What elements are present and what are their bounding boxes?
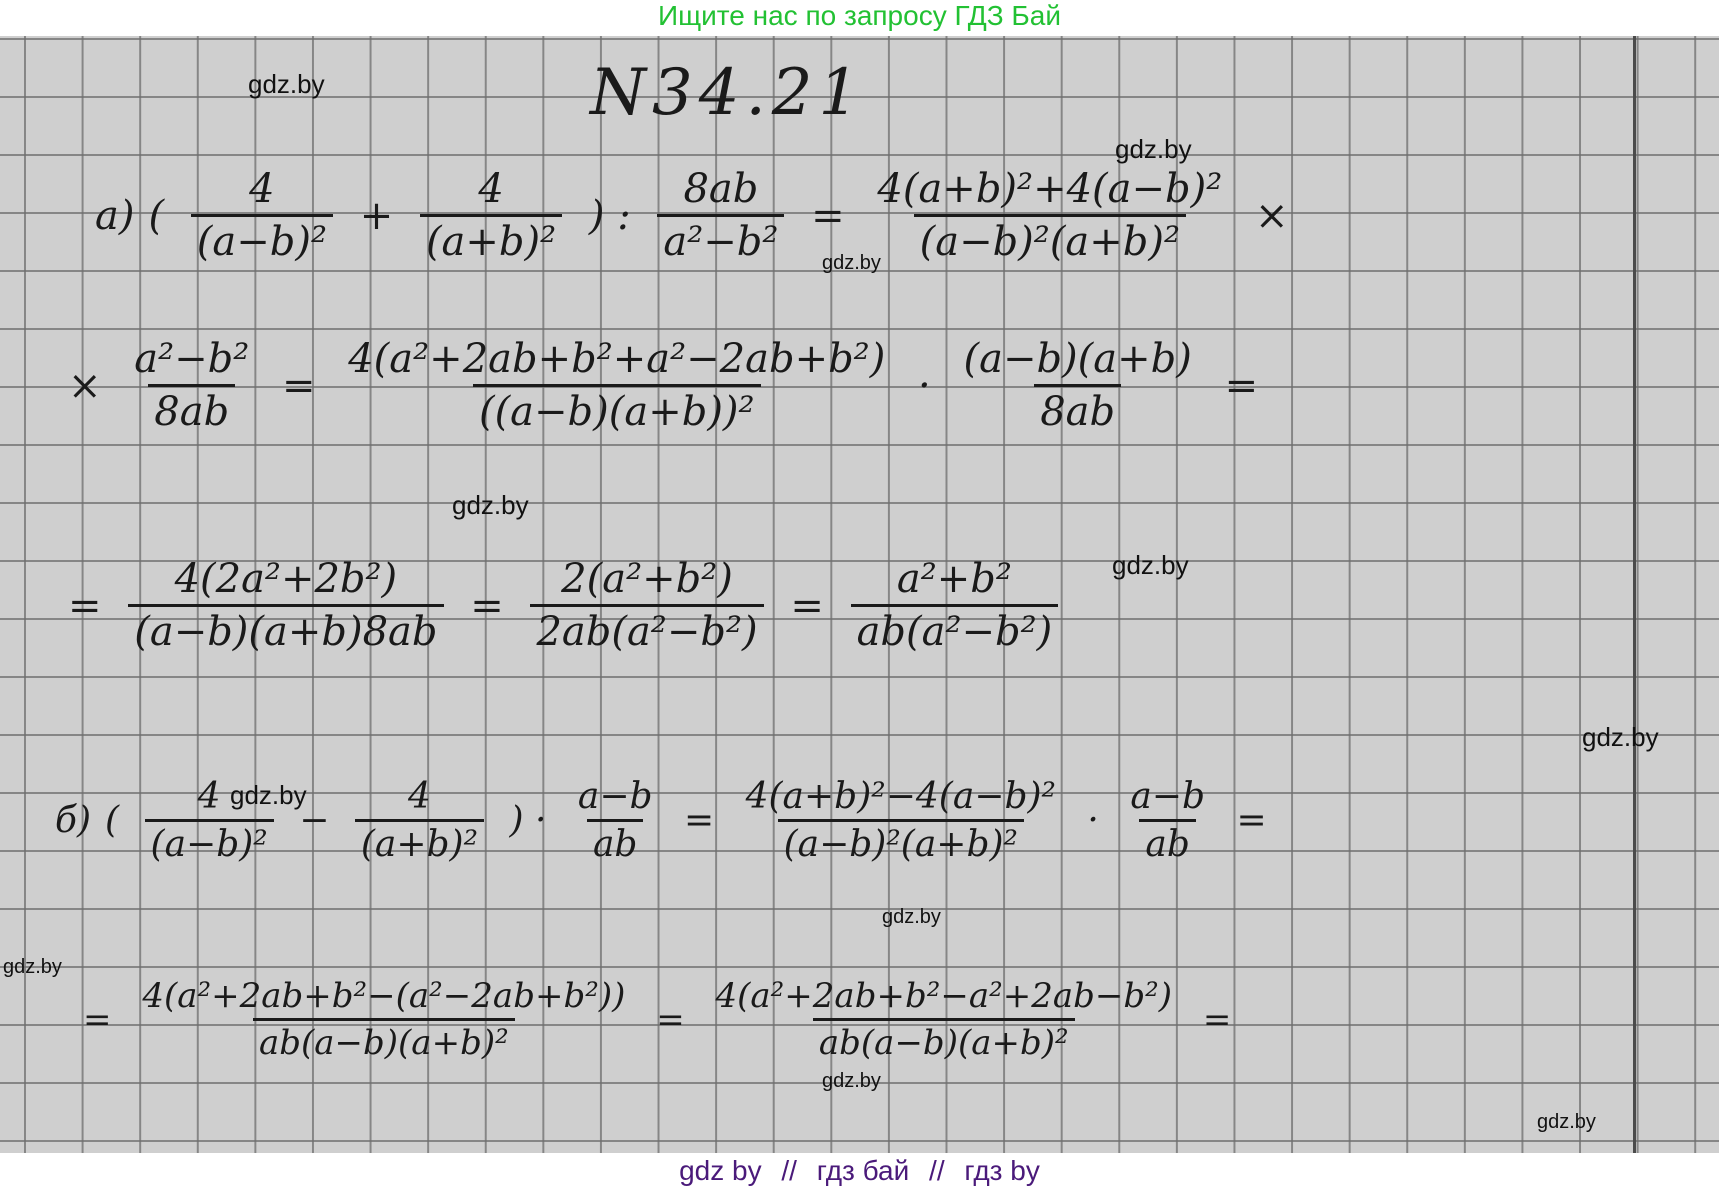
- bottom-banner-part: гдз бай: [817, 1155, 910, 1186]
- fraction: a²+b²ab(a²−b²): [851, 556, 1059, 655]
- bottom-banner-separator: //: [781, 1155, 797, 1186]
- bottom-banner-part: гдз by: [964, 1155, 1039, 1186]
- part-a-line-1: а)( 4(a−b)² + 4(a+b)² ) : 8aba²−b² = 4(a…: [95, 166, 1296, 265]
- notebook-page: N34.21 а)( 4(a−b)² + 4(a+b)² ) : 8aba²−b…: [0, 36, 1719, 1153]
- fraction: 4(2a²+2b²)(a−b)(a+b)8ab: [128, 556, 443, 655]
- watermark: gdz.by: [1537, 1111, 1596, 1134]
- problem-number: N34.21: [590, 56, 865, 130]
- watermark: gdz.by: [230, 780, 307, 811]
- fraction: 4(a+b)²: [355, 776, 484, 865]
- fraction: 4(a+b)²: [420, 166, 562, 265]
- fraction: a²−b²8ab: [128, 336, 255, 435]
- watermark: gdz.by: [248, 69, 325, 100]
- fraction: 2(a²+b²)2ab(a²−b²): [530, 556, 763, 655]
- fraction: 4(a−b)²: [191, 166, 333, 265]
- fraction: 8aba²−b²: [657, 166, 784, 265]
- fraction: 4(a²+2ab+b²+a²−2ab+b²)((a−b)(a+b))²: [342, 336, 891, 435]
- watermark: gdz.by: [1115, 134, 1192, 165]
- margin-line: [1633, 36, 1636, 1153]
- watermark: gdz.by: [452, 490, 529, 521]
- part-b-label: б): [55, 800, 91, 841]
- fraction: a−bab: [1124, 776, 1211, 865]
- fraction: 4(a²+2ab+b²−a²+2ab−b²)ab(a−b)(a+b)²: [710, 976, 1179, 1063]
- part-b-line-2: = 4(a²+2ab+b²−(a²−2ab+b²))ab(a−b)(a+b)² …: [75, 976, 1239, 1063]
- fraction: (a−b)(a+b)8ab: [957, 336, 1197, 435]
- bottom-banner-part: gdz by: [679, 1155, 762, 1186]
- watermark: gdz.by: [822, 1070, 881, 1093]
- top-banner: Ищите нас по запросу ГДЗ Бай: [0, 0, 1719, 36]
- watermark: gdz.by: [822, 252, 881, 275]
- part-a-label: а): [95, 193, 134, 239]
- part-a-line-3: = 4(2a²+2b²)(a−b)(a+b)8ab = 2(a²+b²)2ab(…: [60, 556, 1064, 655]
- fraction: a−bab: [572, 776, 659, 865]
- fraction: 4(a²+2ab+b²−(a²−2ab+b²))ab(a−b)(a+b)²: [136, 976, 631, 1063]
- part-a-line-2: × a²−b²8ab = 4(a²+2ab+b²+a²−2ab+b²)((a−b…: [60, 336, 1266, 435]
- bottom-banner: gdz by // гдз бай // гдз by: [0, 1153, 1719, 1189]
- bottom-banner-separator: //: [929, 1155, 945, 1186]
- watermark: gdz.by: [1112, 550, 1189, 581]
- fraction: 4(a+b)²−4(a−b)²(a−b)²(a+b)²: [740, 776, 1062, 865]
- watermark: gdz.by: [882, 906, 941, 929]
- watermark: gdz.by: [1582, 722, 1659, 753]
- fraction: 4(a+b)²+4(a−b)²(a−b)²(a+b)²: [871, 166, 1228, 265]
- watermark: gdz.by: [3, 956, 62, 979]
